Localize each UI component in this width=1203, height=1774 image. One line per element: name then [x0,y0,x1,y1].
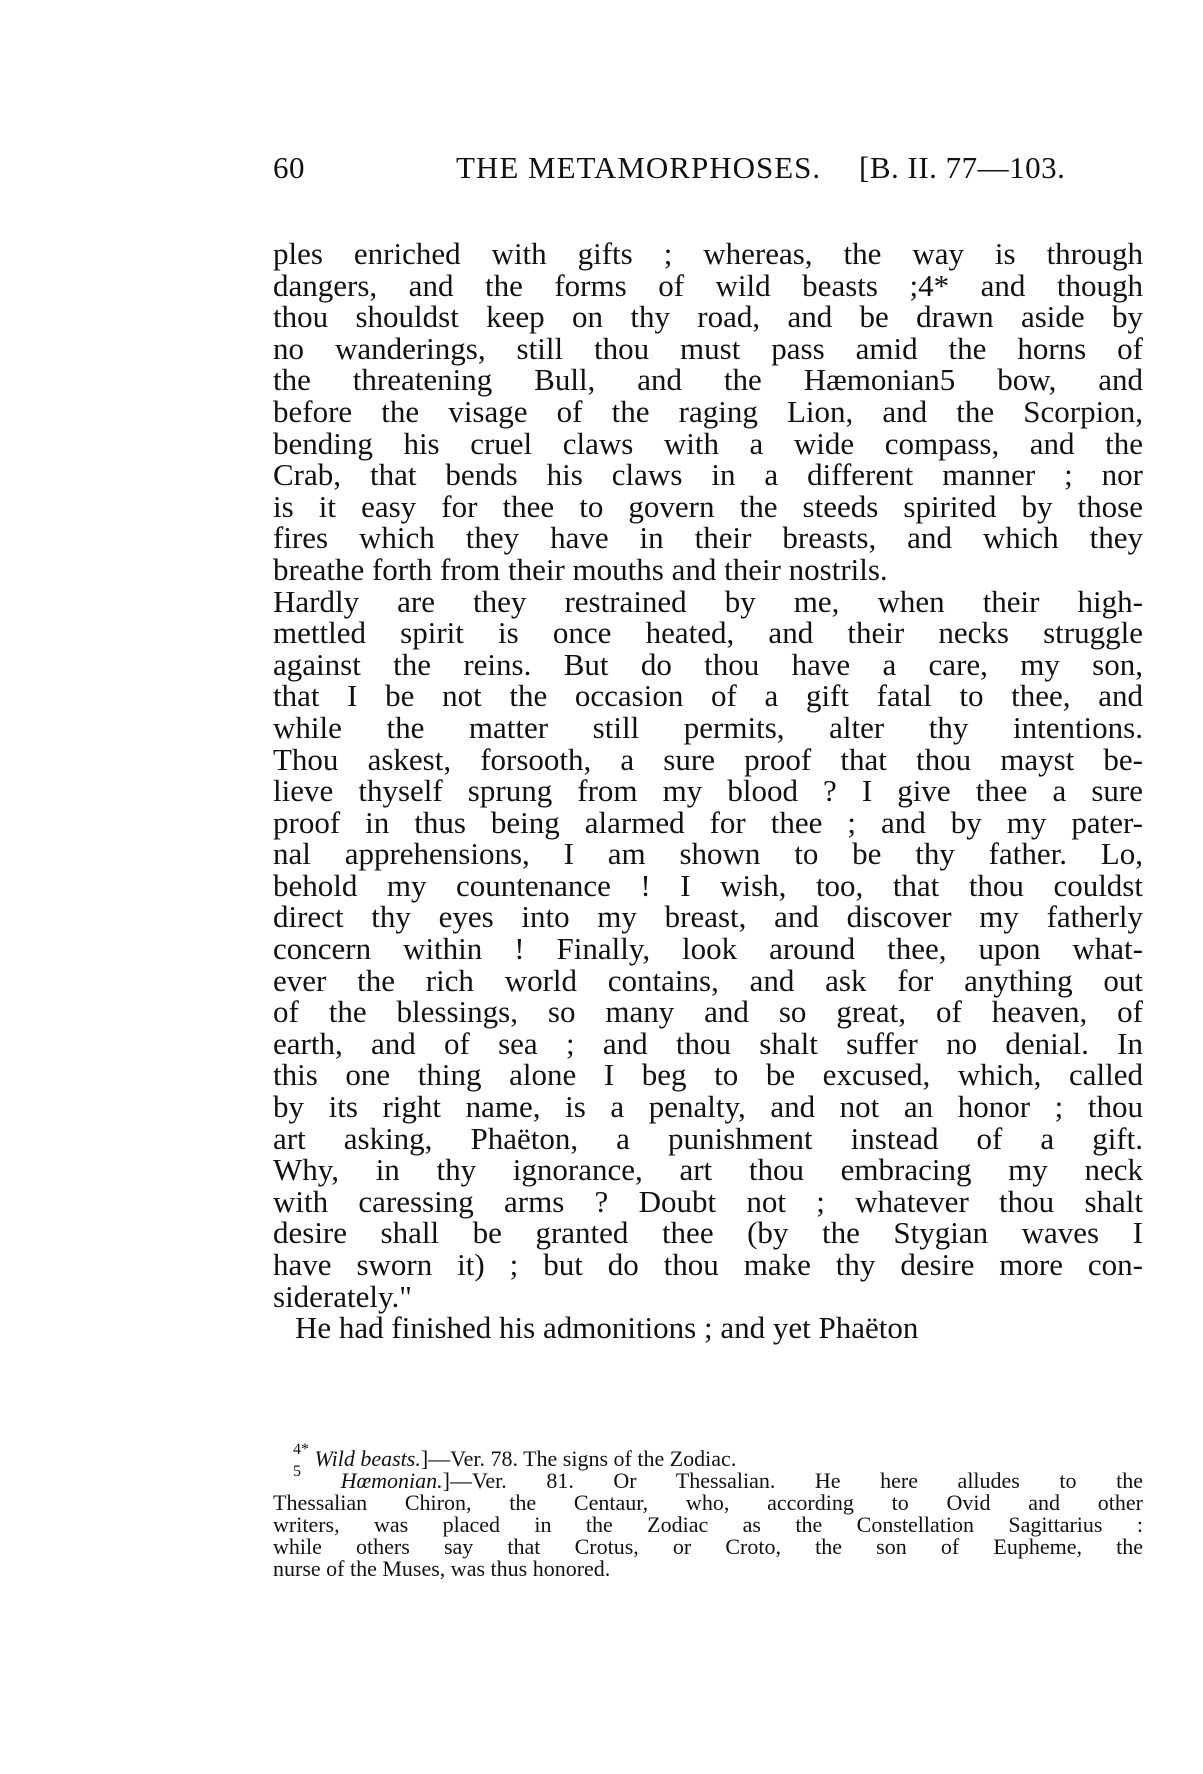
text-line: that I be not the occasion of a gift fat… [273,680,1143,712]
text-line: of the blessings, so many and so great, … [273,996,1143,1028]
text-line: ever the rich world contains, and ask fo… [273,965,1143,997]
text-line: with caressing arms ? Doubt not ; whatev… [273,1186,1143,1218]
text-line: Why, in thy ignorance, art thou embracin… [273,1154,1143,1186]
footnote-line: while others say that Crotus, or Croto, … [273,1536,1143,1558]
text-line: Hardly are they restrained by me, when t… [273,586,1143,618]
text-line: have sworn it) ; but do thou make thy de… [273,1249,1143,1281]
book-page: 60 THE METAMORPHOSES. [B. II. 77—103. pl… [0,0,1203,1774]
text-line: the threatening Bull, and the Hæmonian5 … [273,364,1143,396]
text-line: He had finished his admonitions ; and ye… [273,1312,1143,1344]
text-line: bending his cruel claws with a wide comp… [273,428,1143,460]
text-line: nal apprehensions, I am shown to be thy … [273,838,1143,870]
running-title: THE METAMORPHOSES. [456,150,821,186]
text-line: art asking, Phaëton, a punishment instea… [273,1123,1143,1155]
text-line: desire shall be granted thee (by the Sty… [273,1217,1143,1249]
footnotes: 4* Wild beasts.]—Ver. 78. The signs of t… [273,1448,1143,1580]
text-line: mettled spirit is once heated, and their… [273,617,1143,649]
text-line: before the visage of the raging Lion, an… [273,396,1143,428]
footnote-line: nurse of the Muses, was thus honored. [273,1558,1143,1580]
text-line: is it easy for thee to govern the steeds… [273,491,1143,523]
text-line: concern within ! Finally, look around th… [273,933,1143,965]
text-line: proof in thus being alarmed for thee ; a… [273,807,1143,839]
footnote-4: 4* Wild beasts.]—Ver. 78. The signs of t… [273,1448,1143,1470]
text-line: direct thy eyes into my breast, and disc… [273,901,1143,933]
text-line: while the matter still permits, alter th… [273,712,1143,744]
footnote-5: 5 Hœmonian.]—Ver. 81. Or Thessalian. He … [273,1470,1143,1492]
text-line: this one thing alone I beg to be excused… [273,1059,1143,1091]
text-line: breathe forth from their mouths and thei… [273,554,1143,586]
section-reference: [B. II. 77—103. [859,150,1065,186]
text-line: no wanderings, still thou must pass amid… [273,333,1143,365]
text-line: dangers, and the forms of wild beasts ;4… [273,270,1143,302]
running-head: 60 THE METAMORPHOSES. [B. II. 77—103. [273,150,1153,190]
text-line: fires which they have in their breasts, … [273,522,1143,554]
text-line: by its right name, is a penalty, and not… [273,1091,1143,1123]
page-number: 60 [273,150,305,186]
footnote-line: writers, was placed in the Zodiac as the… [273,1514,1143,1536]
footnote-marker: 4* [293,1441,309,1458]
text-line: against the reins. But do thou have a ca… [273,649,1143,681]
body-text: ples enriched with gifts ; whereas, the … [273,238,1143,1344]
text-line: lieve thyself sprung from my blood ? I g… [273,775,1143,807]
footnote-line: Thessalian Chiron, the Centaur, who, acc… [273,1492,1143,1514]
footnote-marker: 5 [293,1463,301,1480]
text-line: Crab, that bends his claws in a differen… [273,459,1143,491]
text-line: ples enriched with gifts ; whereas, the … [273,238,1143,270]
text-line: thou shouldst keep on thy road, and be d… [273,301,1143,333]
text-line: earth, and of sea ; and thou shalt suffe… [273,1028,1143,1060]
text-line: behold my countenance ! I wish, too, tha… [273,870,1143,902]
text-line: siderately." [273,1281,1143,1313]
text-line: Thou askest, forsooth, a sure proof that… [273,744,1143,776]
